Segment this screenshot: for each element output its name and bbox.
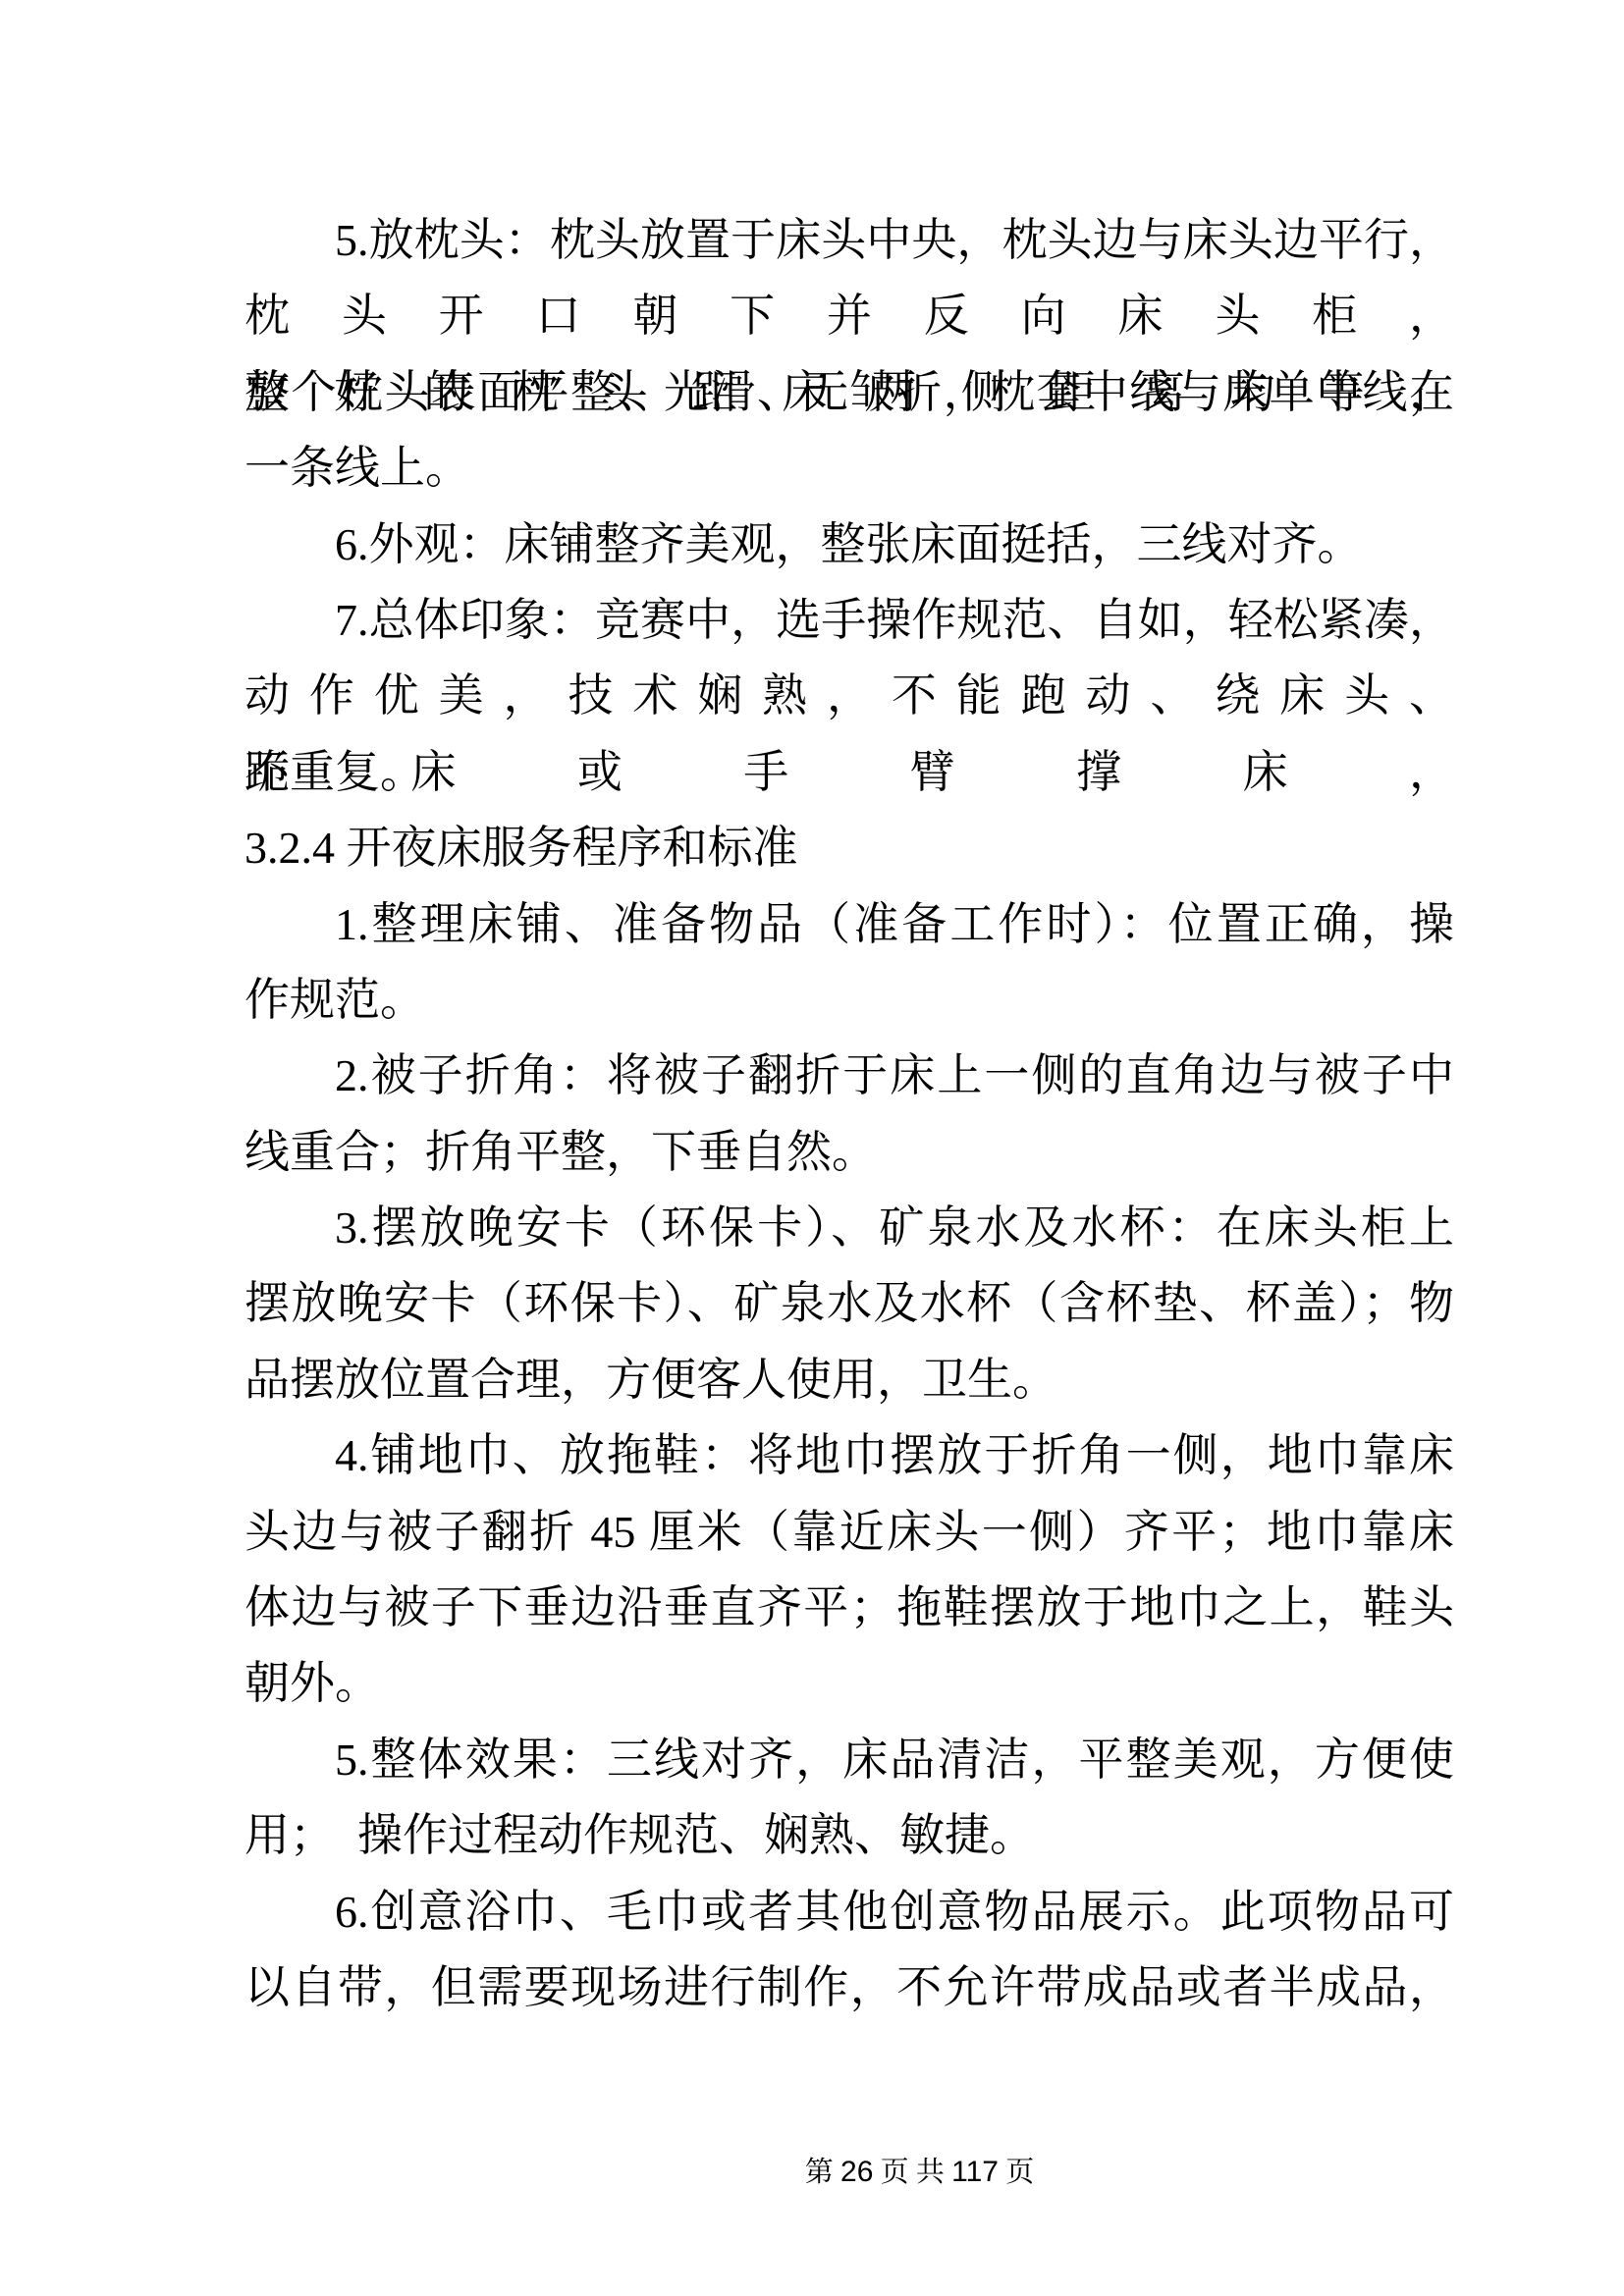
text-line: 整个枕头表面平整、光滑、无皱折，枕套中线与床单中线在 xyxy=(244,354,1454,430)
text-line: 线重合；折角平整，下垂自然。 xyxy=(244,1114,1454,1190)
text-line: 5.放枕头：枕头放置于床头中央，枕头边与床头边平行， xyxy=(244,202,1454,278)
footer-current-page-number: 26 xyxy=(840,2156,873,2188)
text-line: 动作优美，技术娴熟，不能跑动、绕床头、跪床或手臂撑床， xyxy=(244,658,1454,733)
footer-label-of: 页 共 xyxy=(873,2157,951,2188)
text-line: 1.整理床铺、准备物品（准备工作时）：位置正确，操 xyxy=(244,886,1454,962)
section-heading: 3.2.4 开夜床服务程序和标准 xyxy=(244,810,1454,885)
text-line: 枕头开口朝下并反向床头柜，放好的枕头距床两侧距离均等， xyxy=(244,278,1454,353)
text-line: 用； 操作过程动作规范、娴熟、敏捷。 xyxy=(244,1797,1454,1873)
text-line: 作规范。 xyxy=(244,962,1454,1038)
document-body: 5.放枕头：枕头放置于床头中央，枕头边与床头边平行，枕头开口朝下并反向床头柜，放… xyxy=(244,202,1454,2025)
text-line: 头边与被子翻折 45 厘米（靠近床头一侧）齐平；地巾靠床 xyxy=(244,1494,1454,1570)
footer-label-pages: 页 xyxy=(999,2157,1034,2188)
text-line: 6.外观：床铺整齐美观，整张床面挺括，三线对齐。 xyxy=(244,507,1454,582)
text-line: 体边与被子下垂边沿垂直齐平；拖鞋摆放于地巾之上，鞋头 xyxy=(244,1570,1454,1645)
text-line: 2.被子折角：将被子翻折于床上一侧的直角边与被子中 xyxy=(244,1038,1454,1113)
text-line: 4.铺地巾、放拖鞋：将地巾摆放于折角一侧，地巾靠床 xyxy=(244,1417,1454,1493)
text-line: 6.创意浴巾、毛巾或者其他创意物品展示。此项物品可 xyxy=(244,1874,1454,1949)
text-line: 一条线上。 xyxy=(244,430,1454,506)
page-footer: 第 26 页 共 117 页 xyxy=(777,2108,1035,2237)
text-line: 3.摆放晚安卡（环保卡）、矿泉水及水杯：在床头柜上 xyxy=(244,1190,1454,1265)
text-line: 摆放晚安卡（环保卡）、矿泉水及水杯（含杯垫、杯盖）；物 xyxy=(244,1265,1454,1341)
text-line: 7.总体印象：竞赛中，选手操作规范、自如，轻松紧凑， xyxy=(244,582,1454,658)
text-line: 以自带，但需要现场进行制作，不允许带成品或者半成品， xyxy=(244,1949,1454,2025)
footer-total-page-number: 117 xyxy=(951,2156,999,2188)
text-line: 5.整体效果：三线对齐，床品清洁，平整美观，方便使 xyxy=(244,1722,1454,1797)
text-line: 朝外。 xyxy=(244,1645,1454,1721)
footer-label-page: 第 xyxy=(805,2157,840,2188)
text-line: 品摆放位置合理，方便客人使用，卫生。 xyxy=(244,1342,1454,1417)
document-page: 5.放枕头：枕头放置于床头中央，枕头边与床头边平行，枕头开口朝下并反向床头柜，放… xyxy=(0,0,1624,2296)
